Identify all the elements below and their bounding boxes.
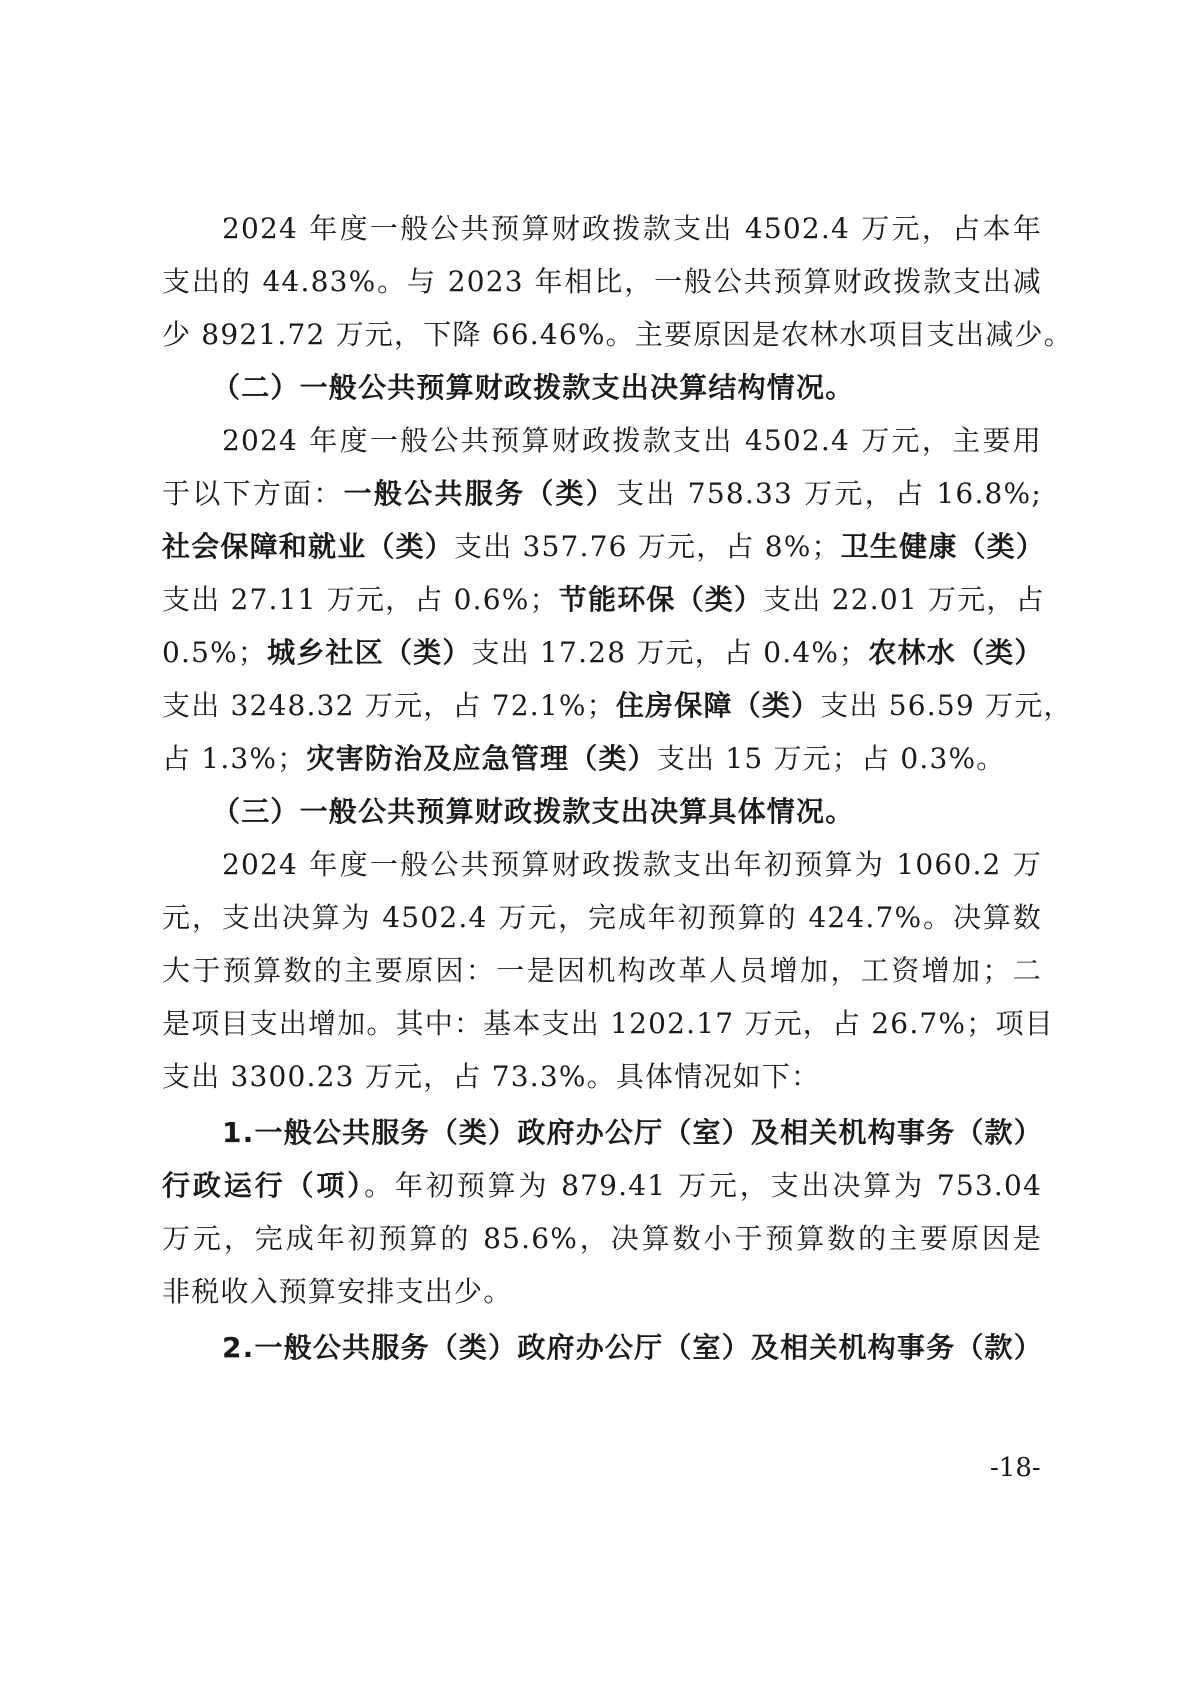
category-general-public-services: 一般公共服务（类） [344, 477, 616, 510]
category-urban-rural: 城乡社区（类） [267, 636, 471, 669]
category-energy-environment: 节能环保（类） [559, 583, 763, 616]
text: 支出 3248.32 万元，占 72.1%； [162, 689, 616, 722]
item-1-line-4: 非税收入预算安排支出少。 [162, 1267, 1042, 1317]
paragraph-2-line-6: 支出 3248.32 万元，占 72.1%；住房保障（类）支出 56.59 万元… [162, 681, 1042, 731]
category-disaster-emergency: 灾害防治及应急管理（类） [306, 742, 656, 775]
text: 支出 758.33 万元，占 16.8%; [616, 477, 1042, 510]
paragraph-3-line-4: 是项目支出增加。其中：基本支出 1202.17 万元，占 26.7%；项目 [162, 999, 1042, 1049]
paragraph-2-line-5: 0.5%；城乡社区（类）支出 17.28 万元，占 0.4%；农林水（类） [162, 628, 1042, 678]
paragraph-2-line-4: 支出 27.11 万元，占 0.6%；节能环保（类）支出 22.01 万元，占 [162, 575, 1042, 625]
paragraph-3-line-2: 元，支出决算为 4502.4 万元，完成年初预算的 424.7%。决算数 [162, 893, 1042, 943]
text: 于以下方面： [162, 477, 344, 510]
document-page: 2024 年度一般公共预算财政拨款支出 4502.4 万元，占本年 支出的 44… [0, 0, 1190, 1683]
item-administrative-operation: 行政运行（项） [162, 1169, 364, 1202]
text: 支出 27.11 万元，占 0.6%； [162, 583, 559, 616]
paragraph-2-line-2: 于以下方面：一般公共服务（类）支出 758.33 万元，占 16.8%; [162, 469, 1042, 519]
category-health: 卫生健康（类） [841, 530, 1045, 563]
text: 支出 15 万元；占 0.3%。 [657, 742, 1006, 775]
category-housing: 住房保障（类） [616, 689, 820, 722]
paragraph-3-line-5: 支出 3300.23 万元，占 73.3%。具体情况如下： [162, 1052, 1042, 1102]
item-1-line-2: 行政运行（项）。年初预算为 879.41 万元，支出决算为 753.04 [162, 1161, 1042, 1211]
category-agriculture-forestry-water: 农林水（类） [868, 636, 1043, 669]
text: 支出 22.01 万元，占 [763, 583, 1045, 616]
page-number: -18- [990, 1448, 1041, 1488]
section-heading-3: （三）一般公共预算财政拨款支出决算具体情况。 [212, 787, 1032, 837]
paragraph-3-line-3: 大于预算数的主要原因：一是因机构改革人员增加，工资增加；二 [162, 946, 1042, 996]
category-social-security: 社会保障和就业（类） [162, 530, 454, 563]
paragraph-2-line-7: 占 1.3%；灾害防治及应急管理（类）支出 15 万元；占 0.3%。 [162, 734, 1042, 784]
text: 支出 357.76 万元，占 8%； [454, 530, 841, 563]
item-1-title: 1.一般公共服务（类）政府办公厅（室）及相关机构事务（款） [222, 1108, 1042, 1158]
paragraph-3-line-1: 2024 年度一般公共预算财政拨款支出年初预算为 1060.2 万 [222, 840, 1042, 890]
paragraph-1-line-2: 支出的 44.83%。与 2023 年相比，一般公共预算财政拨款支出减 [162, 257, 1042, 307]
text: 0.5%； [162, 636, 267, 669]
item-1-line-3: 万元，完成年初预算的 85.6%，决算数小于预算数的主要原因是 [162, 1214, 1042, 1264]
text: 占 1.3%； [162, 742, 306, 775]
paragraph-1-line-1: 2024 年度一般公共预算财政拨款支出 4502.4 万元，占本年 [222, 204, 1042, 254]
paragraph-2-line-3: 社会保障和就业（类）支出 357.76 万元，占 8%；卫生健康（类） [162, 522, 1042, 572]
item-2-title: 2.一般公共服务（类）政府办公厅（室）及相关机构事务（款） [222, 1323, 1042, 1373]
paragraph-1-line-3: 少 8921.72 万元，下降 66.46%。主要原因是农林水项目支出减少。 [162, 310, 1042, 360]
text: 支出 56.59 万元， [820, 689, 1072, 722]
paragraph-2-line-1: 2024 年度一般公共预算财政拨款支出 4502.4 万元，主要用 [222, 416, 1042, 466]
text: 支出 17.28 万元，占 0.4%； [472, 636, 869, 669]
section-heading-2: （二）一般公共预算财政拨款支出决算结构情况。 [212, 363, 1032, 413]
text: 。年初预算为 879.41 万元，支出决算为 753.04 [364, 1169, 1042, 1202]
